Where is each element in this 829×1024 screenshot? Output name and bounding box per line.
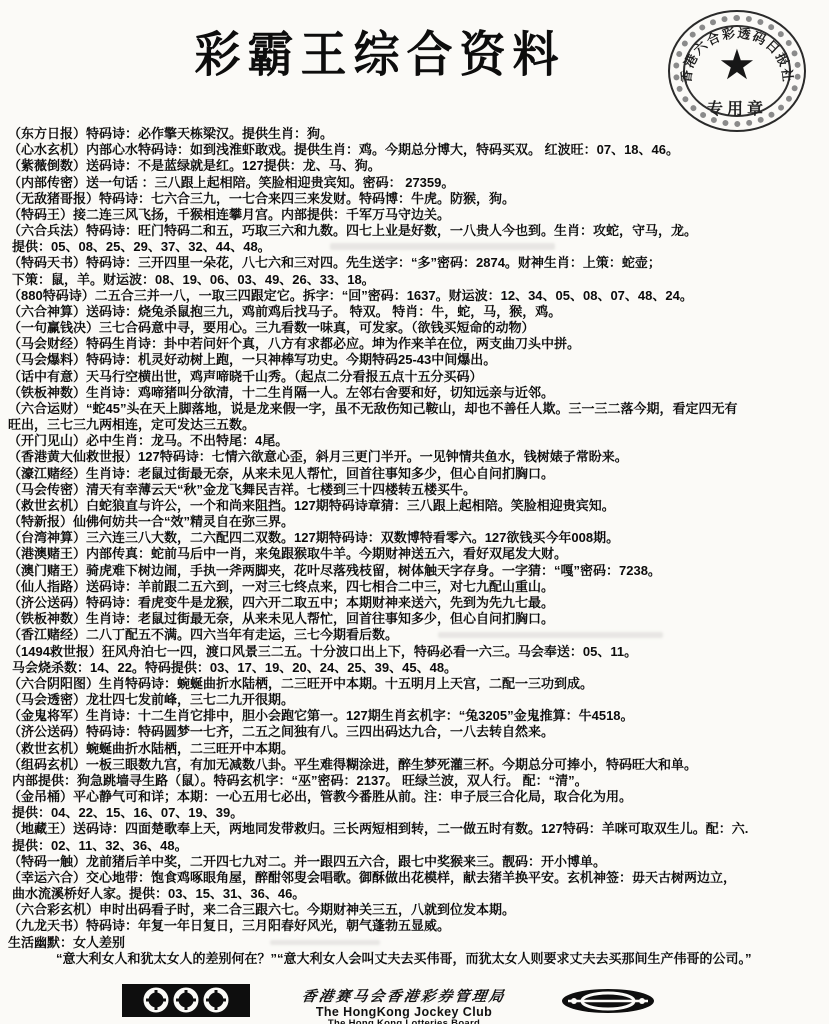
text-line: （马会财经）特码生肖诗：卦中若问奸个真，八方有求都必应。坤为作来羊在位，两支曲刀… bbox=[8, 336, 826, 352]
text-line: （香江赌经）二八丁配五不满。四六当年有走运，三七今期看后数。 bbox=[8, 627, 826, 643]
text-line: （救世玄机）白蛇狼直与许公，一个和尚来阻挡。127期特码诗章猜：三八跟上起相陪。… bbox=[8, 498, 826, 514]
footer: 香港赛马会香港彩券管理局 The HongKong Jockey Club Th… bbox=[0, 980, 829, 1024]
text-line: （救世玄机）蜿蜒曲折水陆栖，二三旺开中本期。 bbox=[8, 741, 826, 757]
text-line: （特码一触）龙前猪后羊中奖，二开四七九对二。并一跟四五六合，跟七中奖猴来三。靓码… bbox=[8, 854, 826, 870]
text-line: （金吊桶）平心静气可和详；本期：一心五用七必出，管教今番胜从前。注：申子辰三合化… bbox=[8, 789, 826, 805]
text-line: “意大利女人和犹太女人的差别何在？”“意大利女人会叫丈夫去买伟哥，而犹太女人则要… bbox=[8, 951, 826, 967]
newspaper-seal: 香港六合彩透码日报社 ★ 专用章 bbox=[668, 10, 806, 132]
text-line: 提供：04、22、15、16、07、19、39。 bbox=[8, 805, 826, 821]
text-line: （紫薇倒数）送码诗：不是蓝绿就是红。127提供：龙、马、狗。 bbox=[8, 158, 826, 174]
text-line: （880特码诗）二五合三并一八，一取三四跟定它。拆字：“回”密码：1637。财运… bbox=[8, 288, 826, 304]
text-line: （东方日报）特码诗：必作擎天栋梁汉。提供生肖：狗。 bbox=[8, 126, 826, 142]
jockey-club-logo bbox=[122, 984, 250, 1017]
text-line: （特码王）接二连三风飞扬，千猴相连攀月宫。内部提供：千军万马守边关。 bbox=[8, 207, 826, 223]
text-line: （六合阴阳图）生肖特码诗：蜿蜒曲折水陆栖，二三旺开中本期。十五明月上天宫，二配一… bbox=[8, 676, 826, 692]
text-line: 内部提供：狗急跳墙寻生路（鼠）。特码玄机字：“巫”密码：2137。 旺绿兰波，双… bbox=[8, 773, 826, 789]
text-line: （济公送码）特码诗：看虎变牛是龙猴，四六开二取五中；本期财神来送六，先到为先九七… bbox=[8, 595, 826, 611]
scan-smudge bbox=[330, 243, 555, 250]
body-lines: （东方日报）特码诗：必作擎天栋梁汉。提供生肖：狗。 （心水玄机）内部心水特码诗：… bbox=[8, 126, 826, 967]
text-line: （六合彩玄机）申时出码看子时，来二合三跟六七。今期财神关三五，八就到位发本期。 bbox=[8, 902, 826, 918]
text-line: （港澳赌王）内部传真：蛇前马后中一肖，来兔跟猴取牛羊。今期财神送五六，看好双尾发… bbox=[8, 546, 826, 562]
text-line: （仙人指路）送码诗：羊前跟二五六到，一对三七终点来，四七相合二中三，对七九配山重… bbox=[8, 579, 826, 595]
text-line: 生活幽默：女人差别 bbox=[8, 935, 826, 951]
org-name-chinese: 香港赛马会香港彩券管理局 bbox=[265, 985, 544, 1006]
scanned-lottery-sheet: { "title": "彩霸王综合资料", "seal": { "ring_te… bbox=[0, 0, 829, 1024]
text-line: （铁板神数）生肖诗：老鼠过街最无奈，从来未见人帮忙，回首往事知多少，但心自问扪胸… bbox=[8, 611, 826, 627]
text-line: （内部传密）送一句话 ：三八跟上起相陪。笑脸相迎贵宾知。密码： 27359。 bbox=[8, 175, 826, 191]
text-line: （马会爆料）特码诗：机灵好动树上跑，一只神棒写功史。今期特码25-43中间爆出。 bbox=[8, 352, 826, 368]
text-line: （开门见山）必中生肖：龙马。不出特尾：4尾。 bbox=[8, 433, 826, 449]
text-line: （台湾神算）三六连三八大数，二六配四二双数。127期特码诗：双数博特看零六。12… bbox=[8, 530, 826, 546]
text-line: （六合神算）送码诗：烧兔杀鼠抱三九，鸡前鸡后找马子。 特双。 特肖：牛，蛇，马，… bbox=[8, 304, 826, 320]
text-line: （澳门赌王）骑虎难下树边闹，手执一斧两脚夹，花叶尽落残枝留，树体触天字存身。一字… bbox=[8, 563, 826, 579]
text-line: （六合兵法）特码诗：旺门特码二和五，巧取三六和九数。四七上业是好数，一八贵人今也… bbox=[8, 223, 826, 239]
text-line: 马会烧杀数：14、22。特码提供：03、17、19、20、24、25、39、45… bbox=[8, 660, 826, 676]
scan-smudge bbox=[438, 632, 663, 638]
text-line: （马会透密）龙壮四七发前峰，三七二九开很期。 bbox=[8, 692, 826, 708]
text-line: （济公送码）特码诗：特码圆梦一七齐，二五之间独有八。三四出码达九合，一八去转自然… bbox=[8, 724, 826, 740]
text-line: （铁板神数）生肖诗：鸡啼猪叫分欲清，十二生肖隔一人。左邻右舍要和好，切知远亲与近… bbox=[8, 385, 826, 401]
org-subname-english: The Hong Kong Lotteries Board bbox=[266, 1019, 542, 1024]
text-line: （特新报）仙佛何妨共一合“效”精灵自在弥三界。 bbox=[8, 514, 826, 530]
page-title: 彩霸王综合资料 bbox=[130, 16, 630, 81]
text-line: 旺出，三七三九两相连，定可发达三五数。 bbox=[8, 417, 826, 433]
star-icon: ★ bbox=[668, 44, 806, 86]
text-line: （金鬼将军）生肖诗：十二生肖它排中，胆小会跑它第一。127期生肖玄机字：“兔32… bbox=[8, 708, 826, 724]
seal-bottom-text: 专用章 bbox=[668, 96, 806, 119]
text-line: 下策：鼠，羊。财运波：08、19、06、03、49、26、33、18。 bbox=[8, 272, 826, 288]
text-line: （心水玄机）内部心水特码诗：如到浅淮虾敢戏。提供生肖：鸡。今期总分博大，特码买双… bbox=[8, 142, 826, 158]
scan-smudge bbox=[270, 940, 380, 945]
text-line: （特码天书）特码诗：三开四里一朵花，八七六和三对四。先生送字：“多”密码：287… bbox=[8, 255, 826, 271]
text-line: （香港黄大仙救世报）127特码诗：七情六欲意心歪，斜月三更门半开。一见钟情共鱼水… bbox=[8, 449, 826, 465]
lotteries-board-logo bbox=[560, 988, 656, 1014]
text-line: （马会传密）清天有幸薄云天“秋”金龙飞舞民吉祥。七楼到三十四楼转五楼买牛。 bbox=[8, 482, 826, 498]
text-line: 提供：02、11、32、36、48。 bbox=[8, 838, 826, 854]
text-line: （无敌猪哥报）特码诗：七六合三九，一七合来四三来发财。特码博：牛虎。防猴，狗。 bbox=[8, 191, 826, 207]
text-line: 曲水流溪桥好人家。提供：03、15、31、36、46。 bbox=[8, 886, 826, 902]
text-line: （六合运财）“蛇45”头在天上脚落地，说是龙来假一字，虽不无敌伤知己鞍山，却也不… bbox=[8, 401, 826, 417]
text-line: （九龙天书）特码诗：年复一年日复日，三月阳春好风光，朝气蓬勃五显威。 bbox=[8, 918, 826, 934]
text-line: （话中有意）天马行空横出世，鸡声啼晓千山秀。（起点二分看报五点十五分买码） bbox=[8, 369, 826, 385]
text-line: （地藏王）送码诗：四面楚歌奉上天，两地同发带救归。三长两短相到转，二一做五时有数… bbox=[8, 821, 826, 837]
text-line: （幸运六合）交心地带：饱食鸡啄眼角屋，醉酣邻叟会唱歌。御酥做出花模样，献去猪羊换… bbox=[8, 870, 826, 886]
organization-names: 香港赛马会香港彩券管理局 The HongKong Jockey Club Th… bbox=[266, 985, 542, 1024]
text-line: （一句赢钱决）三七合码意中寻，要用心。三九看数一味真，可发家。（欲钱买短命的动物… bbox=[8, 320, 826, 336]
text-line: （濠江赌经）生肖诗：老鼠过街最无奈，从来未见人帮忙，回首往事知多少，但心自问扪胸… bbox=[8, 466, 826, 482]
text-line: （1494救世报）狂风舟泊七一四，渡口风景三二五。十分波口出上下，特码必看一六三… bbox=[8, 644, 826, 660]
text-line: （组码玄机）一板三眼数九宫，有加无减数八卦。平生难得糊涂进，醉生梦死灌三杯。今期… bbox=[8, 757, 826, 773]
